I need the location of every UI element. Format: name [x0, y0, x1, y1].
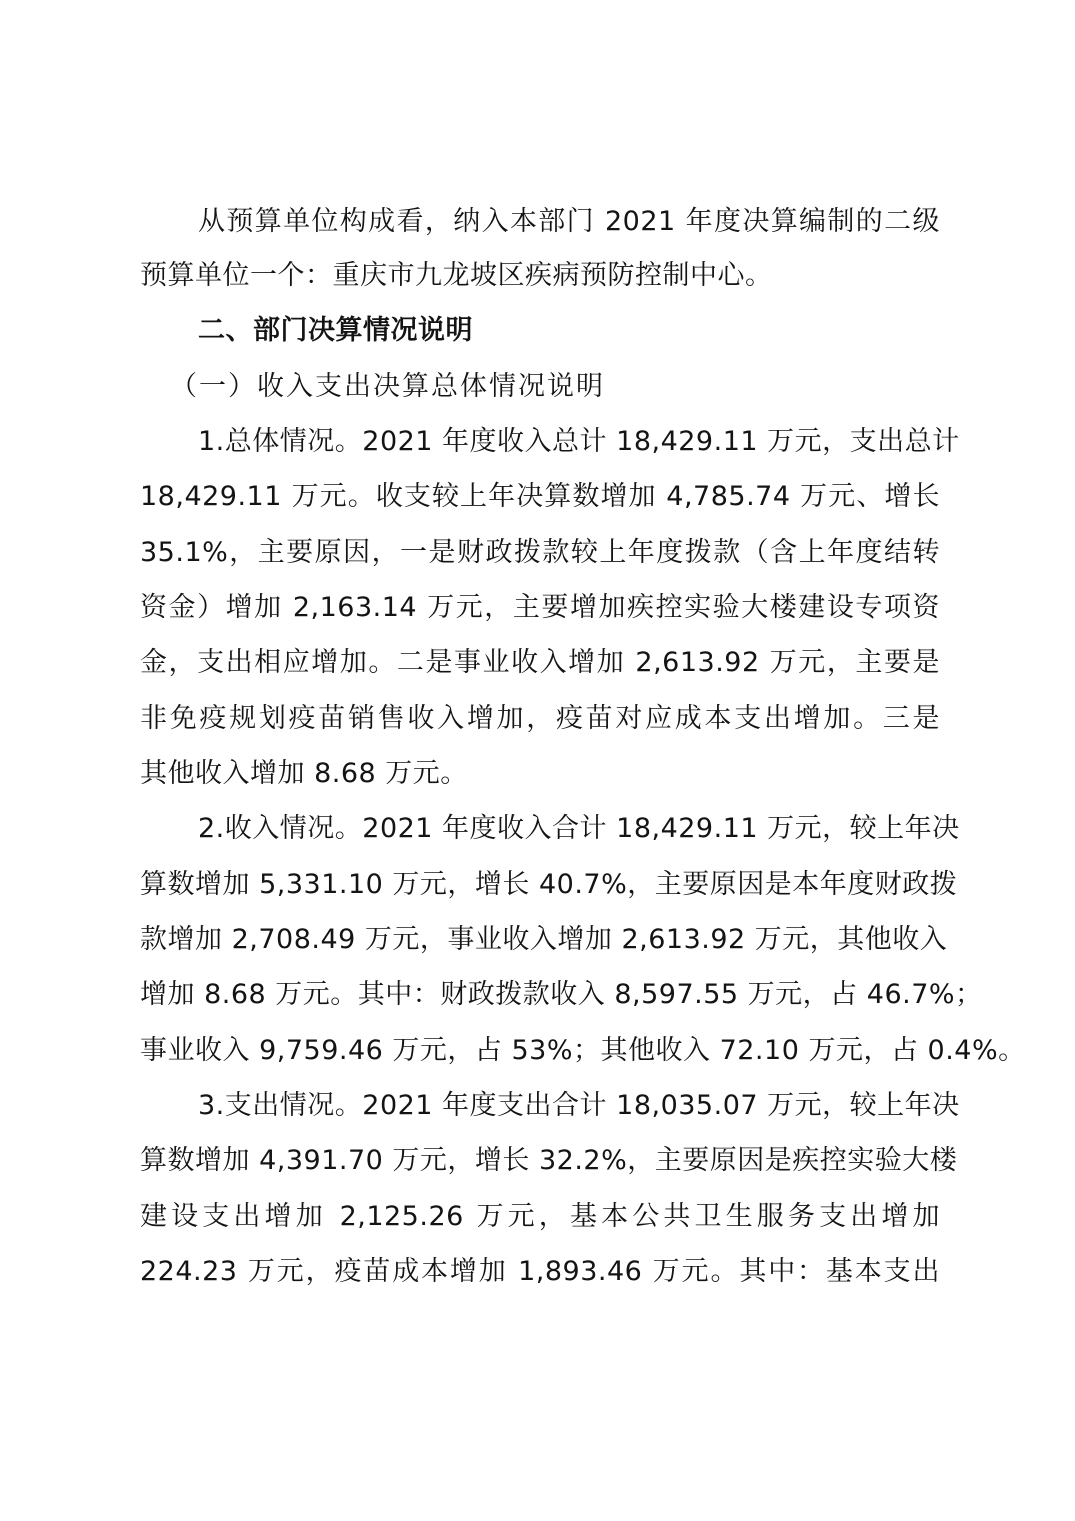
paragraph-budget-units-line-2: 预算单位一个：重庆市九龙坡区疾病预防控制中心。 [140, 256, 773, 296]
expenditure-line-4: 224.23 万元，疫苗成本增加 1,893.46 万元。其中：基本支出 [140, 1252, 940, 1292]
overall-line-2: 18,429.11 万元。收支较上年决算数增加 4,785.74 万元、增长 [140, 477, 940, 517]
overall-line-7: 其他收入增加 8.68 万元。 [140, 754, 468, 794]
overall-line-1: 1.总体情况。2021 年度收入总计 18,429.11 万元，支出总计 [198, 422, 940, 462]
expenditure-line-1: 3.支出情况。2021 年度支出合计 18,035.07 万元，较上年决 [198, 1086, 940, 1126]
document-page: 从预算单位构成看，纳入本部门 2021 年度决算编制的二级 预算单位一个：重庆市… [0, 0, 1075, 1521]
income-line-1: 2.收入情况。2021 年度收入合计 18,429.11 万元，较上年决 [198, 809, 940, 849]
income-line-2: 算数增加 5,331.10 万元，增长 40.7%，主要原因是本年度财政拨 [140, 865, 940, 905]
overall-line-3: 35.1%，主要原因，一是财政拨款较上年度拨款（含上年度结转 [140, 533, 940, 573]
overall-line-5: 金，支出相应增加。二是事业收入增加 2,613.92 万元，主要是 [140, 643, 940, 683]
overall-line-6: 非免疫规划疫苗销售收入增加，疫苗对应成本支出增加。三是 [140, 699, 940, 739]
overall-line-4: 资金）增加 2,163.14 万元，主要增加疾控实验大楼建设专项资 [140, 588, 940, 628]
paragraph-budget-units-line-1: 从预算单位构成看，纳入本部门 2021 年度决算编制的二级 [198, 202, 940, 242]
expenditure-line-3: 建设支出增加 2,125.26 万元，基本公共卫生服务支出增加 [140, 1197, 940, 1237]
income-line-5: 事业收入 9,759.46 万元，占 53%；其他收入 72.10 万元，占 0… [140, 1031, 950, 1071]
subsection-heading: （一）收入支出决算总体情况说明 [170, 367, 605, 407]
income-line-3: 款增加 2,708.49 万元，事业收入增加 2,613.92 万元，其他收入 [140, 920, 940, 960]
section-heading: 二、部门决算情况说明 [198, 311, 473, 351]
income-line-4: 增加 8.68 万元。其中：财政拨款收入 8,597.55 万元，占 46.7%… [140, 975, 940, 1015]
expenditure-line-2: 算数增加 4,391.70 万元，增长 32.2%，主要原因是疾控实验大楼 [140, 1141, 940, 1181]
